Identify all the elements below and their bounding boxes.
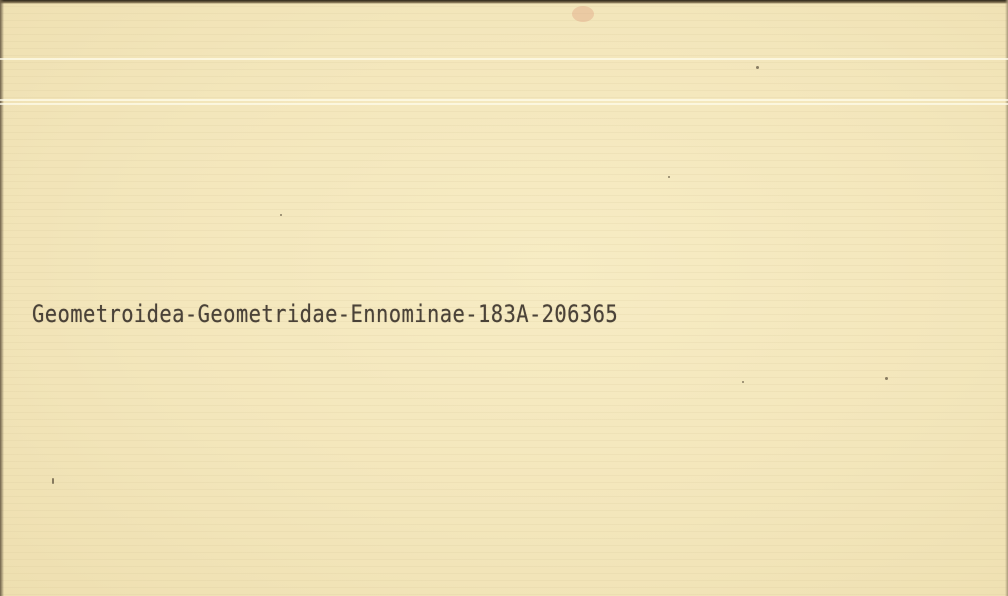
card-top-edge (0, 0, 1008, 4)
stain-mark (572, 6, 594, 22)
scan-line (0, 58, 1008, 60)
scan-line (0, 103, 1008, 105)
speck (756, 66, 759, 69)
speck (52, 478, 54, 484)
speck (885, 377, 888, 380)
index-card: Geometroidea-Geometridae-Ennominae-183A-… (0, 0, 1008, 596)
scan-line (0, 99, 1008, 101)
speck (280, 214, 282, 216)
card-left-edge (0, 0, 4, 596)
specimen-label: Geometroidea-Geometridae-Ennominae-183A-… (32, 300, 618, 328)
speck (742, 381, 744, 383)
speck (668, 176, 670, 178)
